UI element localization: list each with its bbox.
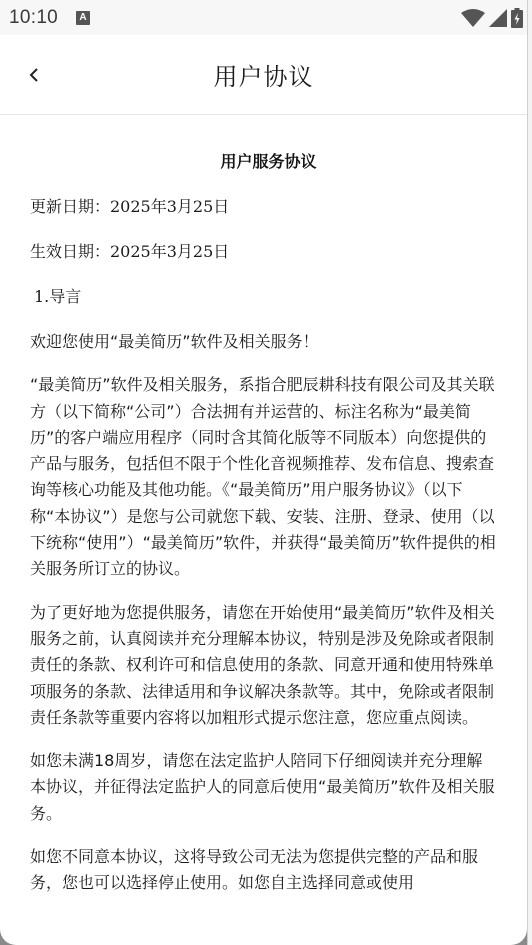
- chevron-left-icon: [28, 67, 40, 83]
- status-bar: 10:10 A: [0, 0, 527, 35]
- document-title: 用户服务协议: [30, 149, 497, 172]
- nav-bar: 用户协议: [0, 35, 527, 115]
- paragraph-welcome: 欢迎您使用“最美简历”软件及相关服务！: [30, 329, 497, 355]
- phone-screen: 10:10 A 用户协议 用户服务协议 更新日期：2025年3月2: [0, 0, 527, 945]
- wifi-icon: [461, 9, 485, 27]
- effective-date: 生效日期：2025年3月25日: [30, 241, 497, 263]
- battery-charging-icon: [511, 8, 523, 28]
- paragraph-disagree: 如您不同意本协议，这将导致公司无法为您提供完整的产品和服务，您也可以选择停止使用…: [30, 844, 497, 897]
- agreement-content[interactable]: 用户服务协议 更新日期：2025年3月25日 生效日期：2025年3月25日 1…: [0, 149, 527, 897]
- status-time: 10:10: [9, 7, 58, 29]
- cellular-signal-icon: [489, 9, 507, 27]
- section-heading: 1.导言: [30, 286, 497, 308]
- updated-date: 更新日期：2025年3月25日: [30, 196, 497, 218]
- paragraph-minors: 如您未满18周岁，请您在法定监护人陪同下仔细阅读并充分理解本协议，并征得法定监护…: [30, 748, 497, 827]
- keyboard-notification-icon: A: [76, 11, 90, 25]
- screen-edge: [527, 0, 532, 945]
- back-button[interactable]: [22, 61, 46, 89]
- paragraph-read-carefully: 为了更好地为您提供服务，请您在开始使用“最美简历”软件及相关服务之前，认真阅读并…: [30, 600, 497, 731]
- page-title: 用户协议: [214, 57, 314, 92]
- paragraph-definition: “最美简历”软件及相关服务，系指合肥辰耕科技有限公司及其关联方（以下简称“公司”…: [30, 372, 497, 582]
